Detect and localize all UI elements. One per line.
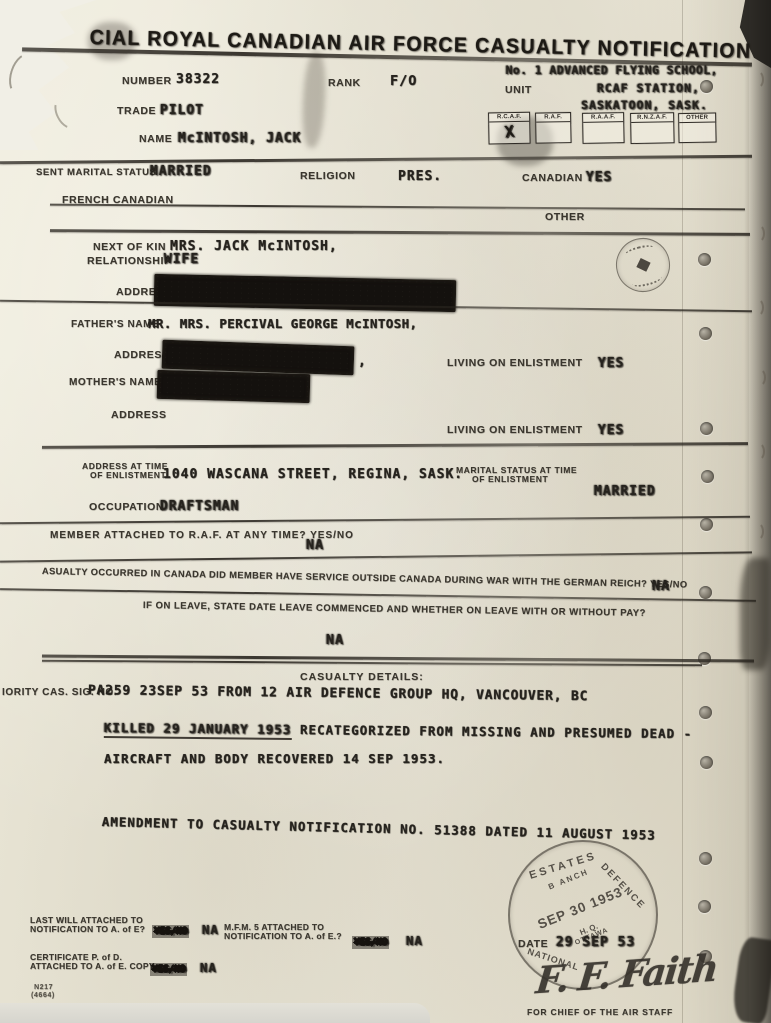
section-rule xyxy=(42,442,748,448)
canadian-value: YES xyxy=(586,170,612,185)
mother-living-value: YES xyxy=(598,423,624,438)
next-of-kin-label: NEXT OF KIN xyxy=(93,241,166,253)
trade-value: PILOT xyxy=(160,103,204,118)
mother-address-label: ADDRESS xyxy=(111,409,167,421)
checkbox-other-label: OTHER xyxy=(679,114,715,124)
leave-question-label: IF ON LEAVE, STATE DATE LEAVE COMMENCED … xyxy=(143,600,646,619)
checkbox-raaf-label: R.A.A.F. xyxy=(583,113,623,123)
rank-label: RANK xyxy=(328,77,361,89)
checkbox-raf-label: R.A.F. xyxy=(536,113,570,123)
date-label: DATE xyxy=(518,938,548,950)
will-attached-label-2: NOTIFICATION TO A. of E? xyxy=(30,924,145,934)
mfm-value: NA xyxy=(406,933,423,948)
punch-hole xyxy=(698,900,711,913)
smear-near-rank xyxy=(301,51,328,148)
punch-hole xyxy=(698,253,711,266)
enlistment-address-label-2: OF ENLISTMENT xyxy=(90,470,166,480)
paper-curl-mark xyxy=(49,93,84,133)
father-living-value: YES xyxy=(598,356,624,371)
punch-hole xyxy=(699,706,712,719)
paper-curl-mark xyxy=(750,298,764,317)
paper-curl-mark xyxy=(752,368,766,387)
killed-line: KILLED 29 JANUARY 1953 RECATEGORIZED FRO… xyxy=(104,719,692,743)
row-rule xyxy=(50,204,745,211)
father-name-label: FATHER'S NAME xyxy=(71,319,159,330)
for-chief-of-air-staff-label: FOR CHIEF OF THE AIR STAFF xyxy=(527,1007,673,1017)
rank-value: F/O xyxy=(390,73,417,89)
authority-value: PA259 23SEP 53 FROM 12 AIR DEFENCE GROUP… xyxy=(88,683,589,704)
will-struck-value: YES/NO xyxy=(152,925,189,938)
ink-blob-right-mid xyxy=(740,558,770,670)
mfm-attached-label-2: NOTIFICATION TO A. of E.? xyxy=(224,931,342,941)
checkbox-rcaf: R.C.A.F. X xyxy=(488,112,531,145)
date-value: 29 SEP 53 xyxy=(556,935,635,950)
certificate-label-2: ATTACHED TO A. of E. COPY xyxy=(30,961,155,971)
checkbox-rnzaf: R.N.Z.A.F. xyxy=(630,112,675,144)
trade-label: TRADE xyxy=(117,105,156,117)
enlistment-marital-value: MARRIED xyxy=(594,484,656,499)
father-name-value: MR. MRS. PERCIVAL GEORGE McINTOSH, xyxy=(148,316,417,331)
paper-curl-mark xyxy=(751,224,765,243)
mfm-struck-value: YES/NO xyxy=(352,936,389,949)
punch-hole xyxy=(700,756,713,769)
row-rule xyxy=(0,551,752,562)
number-label: NUMBER xyxy=(122,75,172,87)
punch-hole xyxy=(699,852,712,865)
section-rule xyxy=(0,516,750,525)
paper-curl-mark xyxy=(750,522,764,541)
form-number-line-2: (4664) xyxy=(31,992,55,999)
punch-hole xyxy=(700,422,713,435)
relationship-value: WIFE xyxy=(164,252,199,267)
redaction-bar-mother-name xyxy=(157,370,311,403)
form-number-line-1: N217 xyxy=(34,984,53,991)
certificate-value: NA xyxy=(200,960,217,975)
canadian-label: CANADIAN xyxy=(522,172,583,184)
punch-hole xyxy=(700,80,713,93)
leave-question-value: NA xyxy=(326,632,344,648)
killed-recategorized-text: RECATEGORIZED FROM MISSING AND PRESUMED … xyxy=(291,722,692,741)
punch-hole xyxy=(700,518,713,531)
enlistment-marital-label-2: OF ENLISTMENT xyxy=(472,474,548,484)
scanned-casualty-notification-form: CIAL ROYAL CANADIAN AIR FORCE CASUALTY N… xyxy=(0,0,771,1023)
occupation-value: DRAFTSMAN xyxy=(160,499,239,514)
checkbox-raf: R.A.F. xyxy=(535,112,572,144)
small-circular-stamp xyxy=(610,232,675,297)
canada-service-question-value: NA xyxy=(652,578,670,594)
rcaf-check-mark: X xyxy=(488,120,530,144)
religion-value: PRES. xyxy=(398,169,442,184)
bottom-scan-strip xyxy=(0,1003,430,1023)
paper-curl-mark xyxy=(751,442,765,461)
margin-crease xyxy=(682,0,749,1023)
certificate-struck-value: YES/NO xyxy=(150,963,187,976)
unit-line1: No. 1 ADVANCED FLYING SCHOOL, xyxy=(480,63,718,77)
number-value: 38322 xyxy=(176,72,220,87)
punch-hole xyxy=(699,586,712,599)
recovered-line: AIRCRAFT AND BODY RECOVERED 14 SEP 1953. xyxy=(104,751,445,766)
mother-name-label: MOTHER'S NAME xyxy=(69,377,161,388)
unit-label: UNIT xyxy=(505,84,532,96)
other-label: OTHER xyxy=(545,211,585,223)
father-living-label: LIVING ON ENLISTMENT xyxy=(447,357,583,369)
punch-hole xyxy=(699,327,712,340)
canada-service-question-label: ASUALTY OCCURRED IN CANADA DID MEMBER HA… xyxy=(42,566,688,590)
marital-status-value: MARRIED xyxy=(150,164,212,179)
father-address-comma: , xyxy=(358,354,367,369)
punch-hole xyxy=(701,470,714,483)
section-rule xyxy=(0,155,752,164)
row-rule xyxy=(0,588,756,602)
right-scan-band xyxy=(744,0,771,1023)
name-label: NAME xyxy=(139,133,172,145)
casualty-details-heading: CASUALTY DETAILS: xyxy=(300,671,424,683)
mother-living-label: LIVING ON ENLISTMENT xyxy=(447,424,583,436)
paper-curl-mark xyxy=(750,70,764,89)
checkbox-raaf: R.A.A.F. xyxy=(582,112,625,144)
unit-line2: RCAF STATION, xyxy=(540,81,700,95)
religion-label: RELIGION xyxy=(300,170,356,182)
raf-question-value: NA xyxy=(306,537,324,553)
relationship-label: RELATIONSHIP xyxy=(87,255,172,267)
marital-status-label: SENT MARITAL STATUS xyxy=(36,167,156,178)
checkbox-other: OTHER xyxy=(678,113,717,144)
enlistment-address-value: 1040 WASCANA STREET, REGINA, SASK. xyxy=(163,467,463,482)
checkbox-rnzaf-label: R.N.Z.A.F. xyxy=(631,113,673,123)
occupation-label: OCCUPATION xyxy=(89,501,164,513)
will-value: NA xyxy=(202,922,219,937)
killed-date-underlined: KILLED 29 JANUARY 1953 xyxy=(104,720,292,740)
section-rule xyxy=(50,229,750,235)
unit-line3: SASKATOON, SASK. xyxy=(540,98,708,112)
name-value: McINTOSH, JACK xyxy=(178,131,302,146)
left-edge-strip xyxy=(0,0,14,1023)
